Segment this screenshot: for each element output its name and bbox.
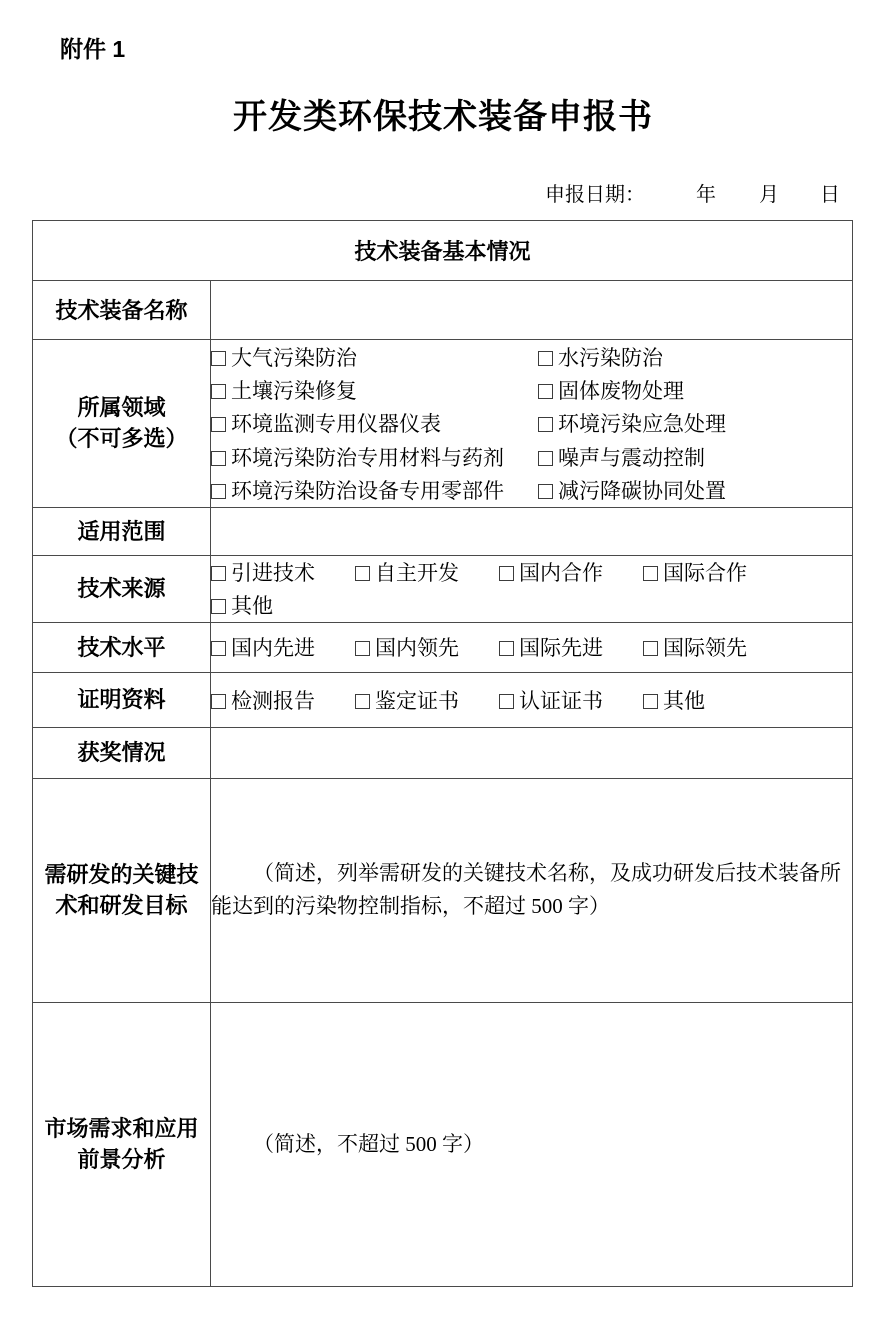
field-option-line: 土壤污染修复 固体废物处理 [211, 373, 852, 406]
field-option-line: 大气污染防治 水污染防治 [211, 340, 852, 373]
market-label: 市场需求和应用 前景分析 [33, 1002, 211, 1286]
checkbox-option-label: 国际先进 [519, 636, 603, 660]
checkbox-icon[interactable] [211, 351, 226, 366]
source-option-line: 其他 [211, 589, 852, 622]
checkbox-icon[interactable] [211, 641, 226, 656]
level-option-line: 国内先进 国内领先 国际先进 国际领先 [211, 631, 852, 664]
checkbox-option-label: 噪声与震动控制 [558, 446, 705, 470]
field-label-line2: （不可多选） [33, 423, 210, 454]
equipment-info-table: 技术装备基本情况 技术装备名称 所属领域 （不可多选） 大气污染防治 水污染防治… [32, 220, 853, 1287]
checkbox-option[interactable]: 其他 [211, 590, 273, 620]
checkbox-option-label: 鉴定证书 [375, 689, 459, 713]
application-date-line: 申报日期： 年 月 日 [0, 182, 886, 208]
checkbox-icon[interactable] [355, 566, 370, 581]
checkbox-option-label: 环境污染防治专用材料与药剂 [231, 446, 504, 470]
field-option-line: 环境污染防治设备专用零部件 减污降碳协同处置 [211, 474, 852, 507]
checkbox-option[interactable]: 环境污染防治专用材料与药剂 [211, 442, 538, 472]
checkbox-option-label: 其他 [231, 594, 273, 618]
source-option-line: 引进技术 自主开发 国内合作 国际合作 [211, 556, 852, 589]
checkbox-option[interactable]: 国内先进 [211, 632, 315, 662]
checkbox-option[interactable]: 其他 [643, 685, 705, 715]
date-year-label: 年 [696, 184, 716, 206]
application-form-page: 附件 1 开发类环保技术装备申报书 申报日期： 年 月 日 技术装备基本情况 技… [0, 0, 886, 1287]
date-month-label: 月 [759, 184, 779, 206]
date-prefix: 申报日期： [545, 184, 645, 206]
equipment-name-label: 技术装备名称 [33, 281, 211, 340]
checkbox-icon[interactable] [211, 566, 226, 581]
table-row-evidence: 证明资料 检测报告 鉴定证书 认证证书 其他 [33, 672, 853, 727]
key-tech-input-area[interactable]: （简述，列举需研发的关键技术名称，及成功研发后技术装备所能达到的污染物控制指标，… [211, 778, 853, 1002]
checkbox-icon[interactable] [538, 451, 553, 466]
checkbox-icon[interactable] [211, 451, 226, 466]
table-row-field: 所属领域 （不可多选） 大气污染防治 水污染防治 土壤污染修复 固体废物处理 环… [33, 340, 853, 508]
checkbox-icon[interactable] [211, 417, 226, 432]
checkbox-option-label: 其他 [663, 689, 705, 713]
checkbox-option-label: 土壤污染修复 [231, 379, 357, 403]
checkbox-option[interactable]: 国际领先 [643, 632, 747, 662]
checkbox-option-label: 环境污染应急处理 [558, 412, 726, 436]
checkbox-option-label: 检测报告 [231, 689, 315, 713]
checkbox-option[interactable]: 认证证书 [499, 685, 603, 715]
checkbox-icon[interactable] [211, 599, 226, 614]
checkbox-option[interactable]: 水污染防治 [538, 342, 663, 372]
checkbox-option[interactable]: 鉴定证书 [355, 685, 459, 715]
checkbox-icon[interactable] [643, 641, 658, 656]
checkbox-icon[interactable] [643, 694, 658, 709]
checkbox-icon[interactable] [211, 384, 226, 399]
equipment-name-input-area[interactable] [211, 281, 853, 340]
checkbox-option-label: 认证证书 [519, 689, 603, 713]
checkbox-icon[interactable] [538, 484, 553, 499]
checkbox-option-label: 国际合作 [663, 561, 747, 585]
checkbox-option[interactable]: 噪声与震动控制 [538, 442, 705, 472]
table-row-awards: 获奖情况 [33, 727, 853, 778]
checkbox-option[interactable]: 引进技术 [211, 557, 315, 587]
market-input-area[interactable]: （简述，不超过 500 字） [211, 1002, 853, 1286]
table-row-source: 技术来源 引进技术 自主开发 国内合作 国际合作 其他 [33, 555, 853, 622]
checkbox-icon[interactable] [355, 641, 370, 656]
checkbox-option[interactable]: 环境监测专用仪器仪表 [211, 408, 538, 438]
checkbox-icon[interactable] [499, 641, 514, 656]
checkbox-option[interactable]: 国际合作 [643, 557, 747, 587]
table-row-section-header: 技术装备基本情况 [33, 221, 853, 281]
source-label: 技术来源 [33, 555, 211, 622]
table-row-level: 技术水平 国内先进 国内领先 国际先进 国际领先 [33, 622, 853, 672]
checkbox-option-label: 国内先进 [231, 636, 315, 660]
attachment-label: 附件 1 [60, 36, 886, 62]
scope-label: 适用范围 [33, 507, 211, 555]
checkbox-option[interactable]: 土壤污染修复 [211, 375, 538, 405]
field-options-cell: 大气污染防治 水污染防治 土壤污染修复 固体废物处理 环境监测专用仪器仪表 环境… [211, 340, 853, 508]
checkbox-option-label: 国内合作 [519, 561, 603, 585]
evidence-options-cell: 检测报告 鉴定证书 认证证书 其他 [211, 672, 853, 727]
key-tech-label: 需研发的关键技 术和研发目标 [33, 778, 211, 1002]
checkbox-option[interactable]: 国内合作 [499, 557, 603, 587]
awards-label: 获奖情况 [33, 727, 211, 778]
checkbox-option-label: 国内领先 [375, 636, 459, 660]
checkbox-option-label: 引进技术 [231, 561, 315, 585]
checkbox-option[interactable]: 减污降碳协同处置 [538, 475, 726, 505]
checkbox-icon[interactable] [211, 484, 226, 499]
checkbox-icon[interactable] [538, 351, 553, 366]
checkbox-option-label: 自主开发 [375, 561, 459, 585]
market-label-line1: 市场需求和应用 [33, 1113, 210, 1144]
page-title: 开发类环保技术装备申报书 [0, 98, 886, 138]
checkbox-option[interactable]: 大气污染防治 [211, 342, 538, 372]
checkbox-option[interactable]: 环境污染应急处理 [538, 408, 726, 438]
evidence-label: 证明资料 [33, 672, 211, 727]
checkbox-icon[interactable] [538, 384, 553, 399]
table-row-equipment-name: 技术装备名称 [33, 281, 853, 340]
market-label-line2: 前景分析 [33, 1144, 210, 1175]
table-row-scope: 适用范围 [33, 507, 853, 555]
source-options-cell: 引进技术 自主开发 国内合作 国际合作 其他 [211, 555, 853, 622]
checkbox-option[interactable]: 检测报告 [211, 685, 315, 715]
field-option-line: 环境监测专用仪器仪表 环境污染应急处理 [211, 407, 852, 440]
checkbox-option-label: 大气污染防治 [231, 346, 357, 370]
level-options-cell: 国内先进 国内领先 国际先进 国际领先 [211, 622, 853, 672]
field-option-line: 环境污染防治专用材料与药剂 噪声与震动控制 [211, 440, 852, 473]
date-day-label: 日 [820, 184, 840, 206]
checkbox-option-label: 固体废物处理 [558, 379, 684, 403]
checkbox-option-label: 国际领先 [663, 636, 747, 660]
checkbox-option-label: 减污降碳协同处置 [558, 479, 726, 503]
key-tech-note: （简述，列举需研发的关键技术名称，及成功研发后技术装备所能达到的污染物控制指标，… [211, 857, 852, 923]
checkbox-option[interactable]: 国际先进 [499, 632, 603, 662]
checkbox-option[interactable]: 国内领先 [355, 632, 459, 662]
checkbox-icon[interactable] [211, 694, 226, 709]
checkbox-option[interactable]: 自主开发 [355, 557, 459, 587]
checkbox-icon[interactable] [643, 566, 658, 581]
key-tech-label-line1: 需研发的关键技 [33, 859, 210, 890]
awards-input-area[interactable] [211, 727, 853, 778]
checkbox-icon[interactable] [355, 694, 370, 709]
evidence-option-line: 检测报告 鉴定证书 认证证书 其他 [211, 683, 852, 716]
table-row-key-tech: 需研发的关键技 术和研发目标 （简述，列举需研发的关键技术名称，及成功研发后技术… [33, 778, 853, 1002]
checkbox-option-label: 环境污染防治设备专用零部件 [231, 479, 504, 503]
checkbox-option-label: 环境监测专用仪器仪表 [231, 412, 441, 436]
checkbox-option[interactable]: 环境污染防治设备专用零部件 [211, 475, 538, 505]
market-note: （简述，不超过 500 字） [211, 1128, 852, 1161]
level-label: 技术水平 [33, 622, 211, 672]
checkbox-option[interactable]: 固体废物处理 [538, 375, 684, 405]
field-label: 所属领域 （不可多选） [33, 340, 211, 508]
checkbox-icon[interactable] [538, 417, 553, 432]
field-label-line1: 所属领域 [33, 392, 210, 423]
key-tech-label-line2: 术和研发目标 [33, 890, 210, 921]
checkbox-icon[interactable] [499, 694, 514, 709]
checkbox-option-label: 水污染防治 [558, 346, 663, 370]
section-header: 技术装备基本情况 [33, 221, 853, 281]
table-row-market: 市场需求和应用 前景分析 （简述，不超过 500 字） [33, 1002, 853, 1286]
scope-input-area[interactable] [211, 507, 853, 555]
checkbox-icon[interactable] [499, 566, 514, 581]
